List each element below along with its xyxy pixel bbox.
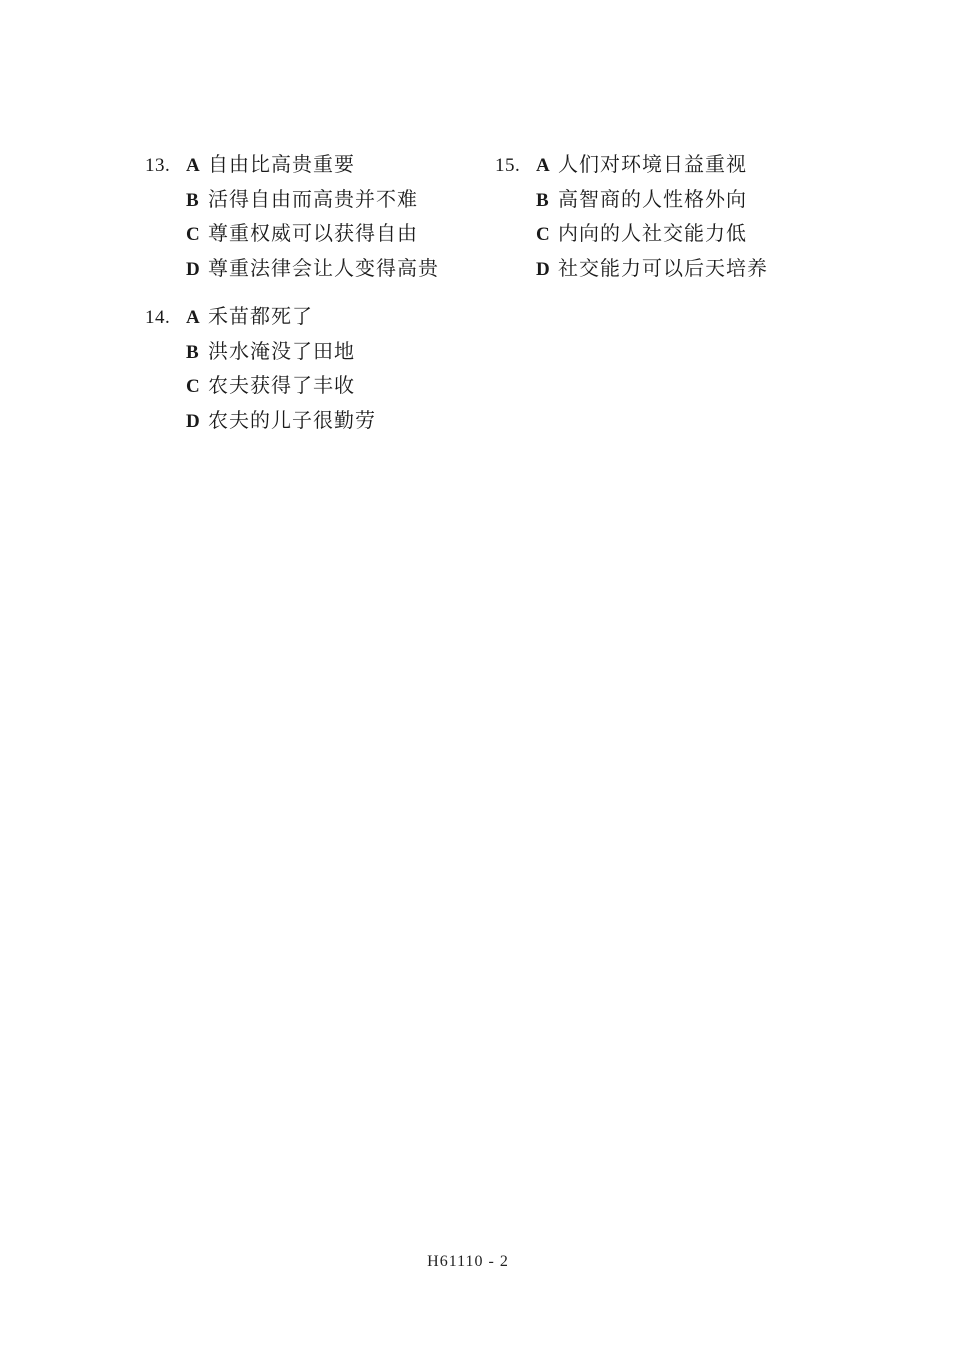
question-15-option-c: C 内向的人社交能力低: [495, 217, 835, 252]
option-text: 活得自由而高贵并不难: [208, 183, 418, 218]
exam-page: 13. A 自由比高贵重要 B 活得自由而高贵并不难 C 尊重权威可以获得自由 …: [0, 0, 960, 1358]
option-letter: B: [186, 184, 208, 219]
option-letter: D: [186, 405, 208, 440]
option-letter: C: [536, 218, 558, 253]
questions-column-left: 13. A 自由比高贵重要 B 活得自由而高贵并不难 C 尊重权威可以获得自由 …: [145, 148, 485, 438]
option-letter: A: [186, 149, 208, 184]
question-15-option-b: B 高智商的人性格外向: [495, 183, 835, 218]
option-text: 农夫的儿子很勤劳: [208, 404, 376, 439]
option-letter: B: [186, 336, 208, 371]
page-footer: H61110 - 2: [0, 1253, 936, 1271]
option-letter: D: [536, 253, 558, 288]
option-text: 尊重法律会让人变得高贵: [208, 252, 439, 287]
option-text: 禾苗都死了: [208, 300, 313, 335]
question-number: 15.: [495, 149, 536, 184]
question-15-option-d: D 社交能力可以后天培养: [495, 252, 835, 287]
option-letter: A: [536, 149, 558, 184]
option-text: 高智商的人性格外向: [558, 183, 747, 218]
page-footer-label: H61110 - 2: [427, 1253, 509, 1270]
option-text: 人们对环境日益重视: [558, 148, 747, 183]
option-letter: C: [186, 218, 208, 253]
question-13-option-a: 13. A 自由比高贵重要: [145, 148, 485, 183]
question-number: 13.: [145, 149, 186, 184]
option-letter: D: [186, 253, 208, 288]
question-number: 14.: [145, 301, 186, 336]
question-13-option-b: B 活得自由而高贵并不难: [145, 183, 485, 218]
question-14-option-d: D 农夫的儿子很勤劳: [145, 404, 485, 439]
option-text: 洪水淹没了田地: [208, 335, 355, 370]
questions-column-right: 15. A 人们对环境日益重视 B 高智商的人性格外向 C 内向的人社交能力低 …: [495, 148, 835, 286]
option-text: 尊重权威可以获得自由: [208, 217, 418, 252]
question-14: 14. A 禾苗都死了 B 洪水淹没了田地 C 农夫获得了丰收 D 农夫的儿子很…: [145, 300, 485, 438]
option-text: 自由比高贵重要: [208, 148, 355, 183]
question-13-option-d: D 尊重法律会让人变得高贵: [145, 252, 485, 287]
option-text: 社交能力可以后天培养: [558, 252, 768, 287]
question-14-option-c: C 农夫获得了丰收: [145, 369, 485, 404]
question-13: 13. A 自由比高贵重要 B 活得自由而高贵并不难 C 尊重权威可以获得自由 …: [145, 148, 485, 286]
option-letter: B: [536, 184, 558, 219]
question-15: 15. A 人们对环境日益重视 B 高智商的人性格外向 C 内向的人社交能力低 …: [495, 148, 835, 286]
question-14-option-a: 14. A 禾苗都死了: [145, 300, 485, 335]
question-13-option-c: C 尊重权威可以获得自由: [145, 217, 485, 252]
option-text: 内向的人社交能力低: [558, 217, 747, 252]
question-14-option-b: B 洪水淹没了田地: [145, 335, 485, 370]
question-15-option-a: 15. A 人们对环境日益重视: [495, 148, 835, 183]
option-text: 农夫获得了丰收: [208, 369, 355, 404]
option-letter: A: [186, 301, 208, 336]
option-letter: C: [186, 370, 208, 405]
